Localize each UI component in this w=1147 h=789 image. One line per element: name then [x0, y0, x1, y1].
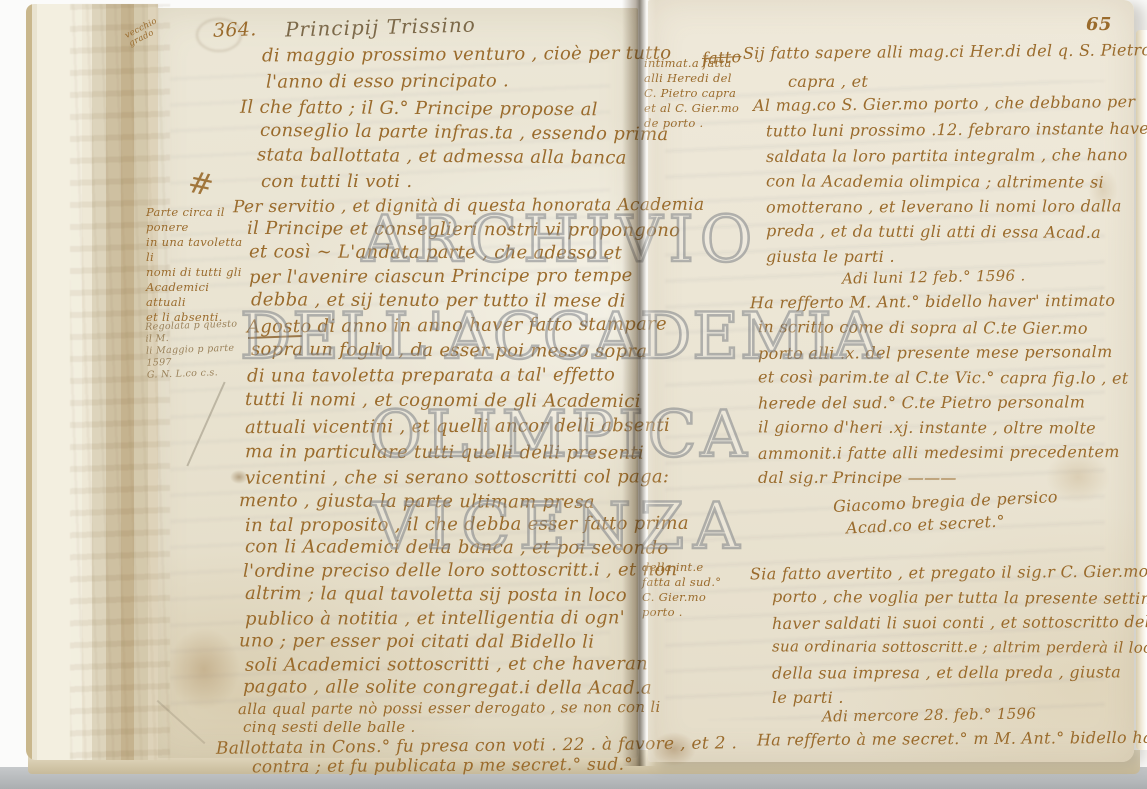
manuscript-line: tutti li nomi , et cognomi de gli Academ…	[245, 391, 641, 411]
manuscript-line: vicentini , che si serano sottoscritti c…	[245, 468, 669, 487]
manuscript-line: publico à notitia , et intelligentia di …	[245, 609, 625, 628]
manuscript-line: pagato , alle solite congregat.i della A…	[243, 678, 652, 697]
manuscript-line: soli Academici sottoscritti , et che hav…	[245, 655, 648, 674]
manuscript-line: omotterano , et leverano li nomi loro da…	[766, 198, 1122, 215]
manuscript-line: Per servitio , et dignità di questa hono…	[233, 197, 704, 216]
fore-edge-page-stack	[70, 4, 170, 760]
margin-note-line: alli Heredi del	[644, 71, 742, 86]
margin-note-line: li Maggio p parte 1597	[146, 342, 247, 369]
manuscript-line: et così ~ L'andata parte , che adesso et	[249, 243, 622, 262]
margin-note-line: Parte circa il ponere	[146, 205, 250, 235]
margin-note-line: intimat.a fatta	[644, 56, 742, 71]
margin-note-line: Academici attuali	[146, 280, 250, 310]
manuscript-line: Agosto di anno in anno haver fatto stamp…	[247, 316, 667, 337]
margin-note: Regolata p questo il M. li Maggio p part…	[145, 318, 247, 381]
margin-note-line: de porto .	[644, 116, 742, 131]
margin-note: intimat.a fatta alli Heredi del C. Pietr…	[644, 56, 742, 131]
page-title: Principij Trissino	[285, 15, 476, 40]
manuscript-line: saldata la loro partita integralm , che …	[766, 147, 1128, 165]
manuscript-line: mento , giusta la parte ultimam presa	[239, 492, 595, 512]
margin-note: della int.e fatta al sud.° C. Gier.mo po…	[642, 560, 740, 620]
manuscript-line: sopra un foglio , da esser poi messo sop…	[251, 341, 647, 361]
manuscript-line: sua ordinaria sottoscritt.e ; altrim per…	[772, 639, 1147, 655]
manuscript-line: il Principe et conseglieri nostri vi pro…	[247, 220, 680, 240]
manuscript-line: Il che fatto ; il G.° Principe propose a…	[240, 99, 598, 119]
date-line: Adi mercore 28. feb.° 1596	[822, 707, 1036, 725]
manuscript-line: Sij fatto sapere alli mag.ci Her.di del …	[743, 42, 1147, 62]
margin-note-line: et al C. Gier.mo	[644, 101, 742, 116]
manuscript-line: con la Academia olimpica ; altrimente si	[766, 173, 1104, 190]
manuscript-line: in tal proposito , il che debba esser fa…	[245, 515, 689, 535]
margin-note-line: in una tavoletta li	[146, 235, 250, 265]
manuscript-line: Ha refferto M. Ant.° bidello haver' inti…	[750, 293, 1115, 312]
manuscript-line: il giorno d'heri .xj. instante , oltre m…	[758, 419, 1096, 436]
page-number: 65	[1086, 16, 1112, 34]
manuscript-line: porto alli .x. del presente mese persona…	[758, 344, 1113, 362]
manuscript-line: per l'avenire ciascun Principe pro tempe	[249, 267, 633, 287]
manuscript-line: uno ; per esser poi citati dal Bidello l…	[239, 632, 594, 651]
margin-note-line: nomi di tutti gli	[146, 265, 250, 280]
manuscript-line: le parti .	[772, 690, 844, 706]
manuscript-line: et così parim.te al C.te Vic.° capra fig…	[758, 369, 1129, 386]
margin-note-line: fatta al sud.°	[642, 575, 740, 590]
manuscript-line: stata ballottata , et admessa alla banca	[257, 146, 627, 167]
folio-number: 364.	[213, 20, 257, 41]
manuscript-line: porto , che voglia per tutta la presente…	[772, 589, 1147, 607]
manuscript-line: herede del sud.° C.te Pietro personalm	[758, 394, 1085, 411]
manuscript-line: con li Academici della banca , et poi se…	[245, 538, 669, 557]
manuscript-line: altrim ; la qual tavoletta sij posta in …	[245, 585, 627, 605]
manuscript-line: haver saldati li suoi conti , et sottosc…	[772, 614, 1147, 632]
manuscript-line: capra , et	[788, 74, 868, 90]
manuscript-line: tutto luni prossimo .12. febraro instant…	[766, 121, 1147, 140]
manuscript-line: di una tavoletta preparata a tal' effett…	[247, 366, 615, 385]
margin-note-line: Regolata p questo il M.	[145, 318, 246, 345]
manuscript-line: preda , et da tutti gli atti di essa Aca…	[766, 223, 1101, 241]
manuscript-line: ammonit.i fatte alli medesimi precedente…	[758, 444, 1120, 462]
date-line: Adi luni 12 feb.° 1596 .	[842, 268, 1026, 286]
margin-note-line: della int.e	[642, 560, 740, 575]
manuscript-line: attuali vicentini , et quelli ancor dell…	[245, 417, 670, 437]
ballot-result-line: contra ; et fu publicata p me secret.° s…	[252, 757, 633, 777]
manuscript-line: Sia fatto avertito , et pregato il sig.r…	[750, 564, 1147, 583]
manuscript-line: l'ordine preciso delle loro sottoscritt.…	[243, 561, 677, 581]
margin-note-line: C. Gier.mo porto .	[642, 590, 740, 620]
manuscript-line: dal sig.r Principe ———	[758, 470, 957, 486]
manuscript-line: in scritto come di sopra al C.te Gier.mo	[758, 319, 1088, 337]
manuscript-line: della sua impresa , et della preda , giu…	[772, 664, 1121, 681]
manuscript-line: cinq sesti delle balle .	[243, 720, 416, 735]
manuscript-scan: vecchio grado 364. Principij Trissino di…	[0, 0, 1147, 789]
manuscript-line: Ha refferto à me secret.° m M. Ant.° bid…	[757, 729, 1147, 748]
manuscript-line: debba , et sij tenuto per tutto il mese …	[251, 291, 626, 310]
manuscript-line: giusta le parti .	[766, 249, 895, 265]
manuscript-line: l'anno di esso principato .	[266, 72, 509, 91]
manuscript-line: di maggio prossimo venturo , cioè per tu…	[262, 45, 672, 66]
manuscript-line: con tutti li voti .	[261, 173, 412, 191]
manuscript-line: Al mag.co S. Gier.mo porto , che debbano…	[753, 94, 1135, 114]
margin-note-line: C. Pietro capra	[644, 86, 742, 101]
manuscript-line: ma in particulare tutti quelli delli pre…	[245, 443, 644, 462]
manuscript-line: conseglio la parte infras.ta , essendo p…	[260, 122, 669, 144]
manuscript-line: alla qual parte nò possi esser derogato …	[238, 700, 661, 717]
margin-note: Parte circa il ponere in una tavoletta l…	[146, 205, 250, 325]
